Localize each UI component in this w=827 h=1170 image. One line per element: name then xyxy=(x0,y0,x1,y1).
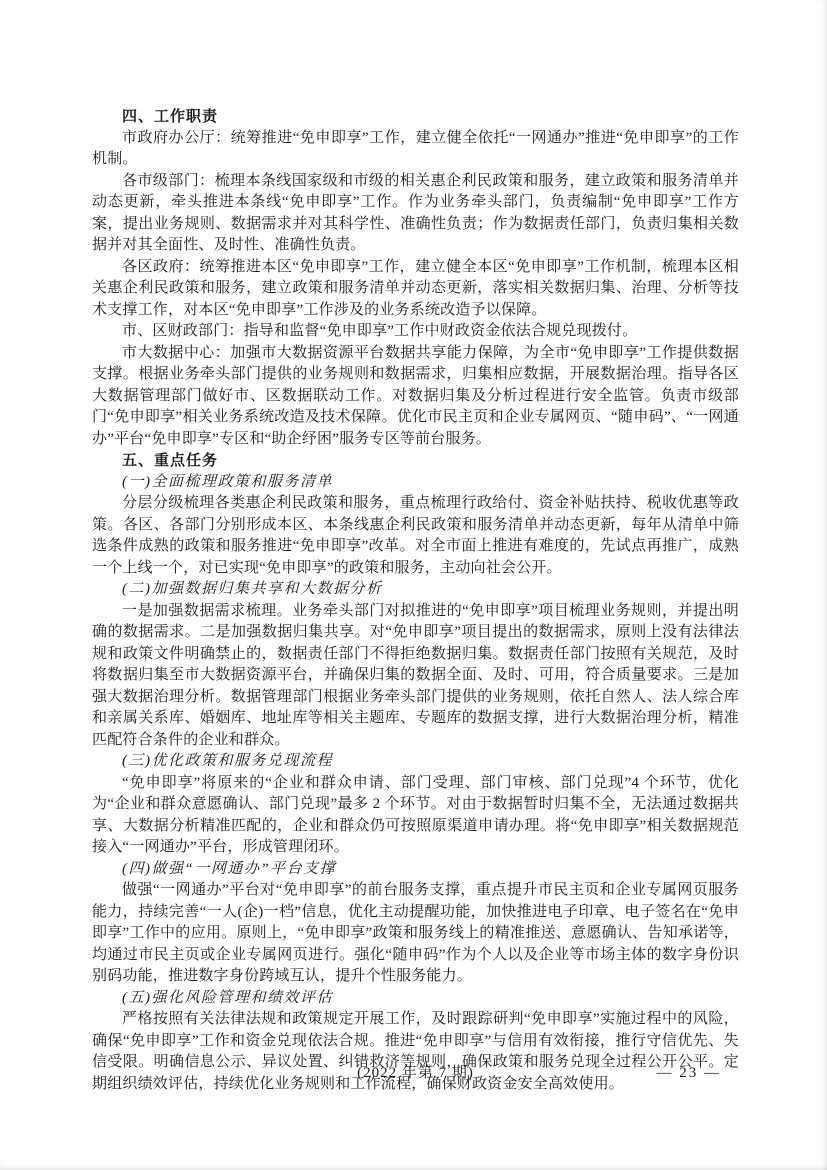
subheading-task-2: (二)加强数据归集共享和大数据分析 xyxy=(92,579,739,601)
section-heading-key-tasks: 五、重点任务 xyxy=(92,450,739,472)
footer-page-number: — 23 — xyxy=(657,1062,722,1084)
subheading-task-5: (五)强化风险管理和绩效评估 xyxy=(92,988,739,1010)
paragraph-city-departments: 各市级部门：梳理本条线国家级和市级的相关惠企利民政策和服务，建立政策和服务清单并… xyxy=(92,171,739,257)
subheading-task-1: (一)全面梳理政策和服务清单 xyxy=(92,472,739,494)
footer-issue-label: (2022 年第 7 期) xyxy=(92,1062,739,1084)
page-footer: (2022 年第 7 期) — 23 — xyxy=(92,1062,739,1084)
document-page: 四、工作职责 市政府办公厅：统筹推进“免申即享”工作，建立健全依托“一网通办”推… xyxy=(0,0,827,1170)
paragraph-city-gov-office: 市政府办公厅：统筹推进“免申即享”工作，建立健全依托“一网通办”推进“免申即享”… xyxy=(92,128,739,171)
paragraph-task-4: 做强“一网通办”平台对“免申即享”的前台服务支撑，重点提升市民主页和企业专属网页… xyxy=(92,880,739,988)
subheading-task-4: (四)做强“一网通办”平台支撑 xyxy=(92,859,739,881)
paragraph-big-data-center: 市大数据中心：加强市大数据资源平台数据共享能力保障，为全市“免申即享”工作提供数… xyxy=(92,343,739,451)
subheading-task-3: (三)优化政策和服务兑现流程 xyxy=(92,751,739,773)
paragraph-finance-departments: 市、区财政部门：指导和监督“免申即享”工作中财政资金依法合规兑现拨付。 xyxy=(92,321,739,343)
paragraph-task-1: 分层分级梳理各类惠企利民政策和服务，重点梳理行政给付、资金补贴扶持、税收优惠等政… xyxy=(92,493,739,579)
section-heading-work-duties: 四、工作职责 xyxy=(92,106,739,128)
paragraph-district-governments: 各区政府：统筹推进本区“免申即享”工作，建立健全本区“免申即享”工作机制，梳理本… xyxy=(92,257,739,322)
paragraph-task-3: “免申即享”将原来的“企业和群众申请、部门受理、部门审核、部门兑现”4 个环节，… xyxy=(92,773,739,859)
paragraph-task-2: 一是加强数据需求梳理。业务牵头部门对拟推进的“免申即享”项目梳理业务规则，并提出… xyxy=(92,601,739,752)
document-body: 四、工作职责 市政府办公厅：统筹推进“免申即享”工作，建立健全依托“一网通办”推… xyxy=(92,106,739,1095)
